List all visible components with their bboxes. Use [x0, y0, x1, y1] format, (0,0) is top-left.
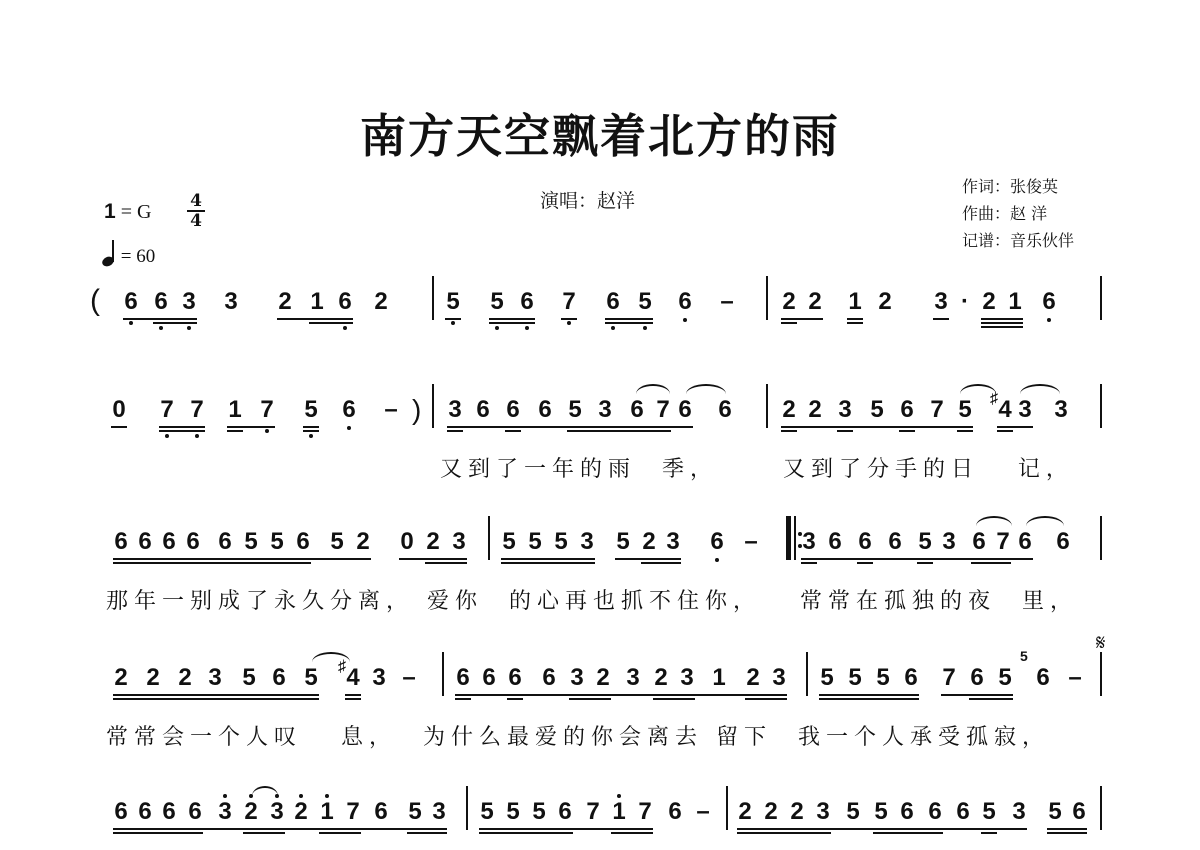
- segno-sign: 𝄋: [1096, 630, 1105, 656]
- note: 2: [276, 290, 294, 314]
- note: 6: [604, 290, 622, 314]
- beam-line: [857, 562, 873, 564]
- note: 5: [844, 800, 862, 824]
- slur-arc: [976, 516, 1012, 526]
- lyrics-line: 又到了一年的雨 季， 又到了分手的日 记，: [440, 452, 1074, 483]
- note: 3: [770, 666, 788, 690]
- note: 3: [836, 398, 854, 422]
- upper-octave-dot: [223, 794, 227, 798]
- beam-line: [981, 326, 1023, 328]
- note: 7: [158, 398, 176, 422]
- tempo-value: = 60: [121, 246, 155, 267]
- note: 1: [308, 290, 326, 314]
- beam-line: [847, 318, 863, 320]
- note: 3: [446, 398, 464, 422]
- bar-line: [1100, 786, 1102, 830]
- note: 5: [478, 800, 496, 824]
- note: 2: [144, 666, 162, 690]
- note: 2: [980, 290, 998, 314]
- lower-octave-dot: [343, 326, 347, 330]
- repeat-barline: [786, 516, 791, 560]
- note: 2: [594, 666, 612, 690]
- note: 3: [624, 666, 642, 690]
- note: 6: [504, 398, 522, 422]
- time-signature-top: 4: [186, 192, 206, 210]
- beam-line: [319, 832, 361, 834]
- note: 2: [736, 800, 754, 824]
- beam-line: [113, 832, 203, 834]
- note: 3: [678, 666, 696, 690]
- note: 7: [928, 398, 946, 422]
- bar-line: [442, 652, 444, 696]
- slur-arc: [312, 652, 350, 662]
- note: 6: [926, 800, 944, 824]
- dotted-note-dot: ·: [956, 290, 974, 314]
- note: 5: [636, 290, 654, 314]
- beam-line: [159, 430, 205, 432]
- note: 3: [940, 530, 958, 554]
- slur-arc: [1026, 516, 1064, 526]
- note: 2: [242, 800, 260, 824]
- note: 5: [874, 666, 892, 690]
- lower-octave-dot: [683, 318, 687, 322]
- note: 6: [480, 666, 498, 690]
- note: 6: [454, 666, 472, 690]
- bar-line: [726, 786, 728, 830]
- note: 3: [664, 530, 682, 554]
- note: 6: [152, 290, 170, 314]
- beam-line: [455, 694, 787, 696]
- key-degree: 1: [104, 200, 116, 223]
- note: 7: [654, 398, 672, 422]
- note: 6: [666, 800, 684, 824]
- note: 6: [676, 290, 694, 314]
- note: 3: [578, 530, 596, 554]
- beam-line: [981, 318, 1023, 320]
- beam-line: [227, 430, 243, 432]
- beam-line: [489, 318, 535, 320]
- beam-line: [501, 558, 595, 560]
- note: 2: [652, 666, 670, 690]
- note: 3: [814, 800, 832, 824]
- time-signature: 4 4: [186, 192, 206, 230]
- beam-line: [505, 430, 521, 432]
- open-parenthesis: (: [90, 284, 100, 318]
- key-value: = G: [116, 201, 152, 223]
- lower-octave-dot: [195, 434, 199, 438]
- lower-octave-dot: [495, 326, 499, 330]
- beam-line: [847, 322, 863, 324]
- note: 3: [370, 666, 388, 690]
- beam-line: [745, 698, 787, 700]
- note: 3: [430, 800, 448, 824]
- bar-line: [1100, 276, 1102, 320]
- note: 3: [568, 666, 586, 690]
- note: 6: [160, 800, 178, 824]
- note: 6: [1040, 290, 1058, 314]
- beam-line: [737, 828, 1027, 830]
- repeat-barline-thin: [794, 516, 796, 560]
- beam-line: [501, 562, 595, 564]
- upper-octave-dot: [299, 794, 303, 798]
- note: 2: [806, 290, 824, 314]
- note: 6: [970, 530, 988, 554]
- sustain-dash: –: [718, 290, 736, 314]
- slur-arc: [686, 384, 726, 394]
- lower-octave-dot: [451, 321, 455, 325]
- note: 7: [584, 800, 602, 824]
- time-signature-bottom: 4: [186, 212, 206, 230]
- beam-line: [227, 426, 275, 428]
- note: 2: [780, 290, 798, 314]
- lower-octave-dot: [347, 426, 351, 430]
- note: 5: [614, 530, 632, 554]
- grace-note: 5: [1020, 648, 1028, 664]
- beam-line: [899, 430, 915, 432]
- beam-line: [111, 426, 127, 428]
- key-signature: 1 = G: [104, 200, 151, 224]
- beam-line: [113, 558, 371, 560]
- sustain-dash: –: [1066, 666, 1084, 690]
- beam-line: [113, 694, 319, 696]
- beam-line: [997, 426, 1033, 428]
- beam-line: [781, 430, 797, 432]
- note: 6: [160, 530, 178, 554]
- note: 5: [1046, 800, 1064, 824]
- note: 5: [526, 530, 544, 554]
- note: 5: [504, 800, 522, 824]
- note: 1: [610, 800, 628, 824]
- tempo-marking: = 60: [102, 242, 155, 268]
- note: 1: [846, 290, 864, 314]
- upper-octave-dot: [325, 794, 329, 798]
- note: 2: [372, 290, 390, 314]
- bar-line: [766, 384, 768, 428]
- note: 7: [994, 530, 1012, 554]
- beam-line: [605, 318, 653, 320]
- note: 6: [898, 398, 916, 422]
- note: 2: [354, 530, 372, 554]
- beam-line: [971, 562, 1011, 564]
- beam-line: [801, 558, 1033, 560]
- beam-line: [447, 426, 693, 428]
- note: 2: [176, 666, 194, 690]
- beam-line: [455, 698, 471, 700]
- sustain-dash: –: [742, 530, 760, 554]
- note: 3: [216, 800, 234, 824]
- lyrics-line: 常常会一个人叹 息， 为什么最爱的你会离去 留下 我一个人承受孤寂，: [106, 720, 1050, 751]
- beam-line: [1047, 828, 1087, 830]
- beam-line: [479, 832, 573, 834]
- note: 5: [302, 666, 320, 690]
- beam-line: [303, 430, 319, 432]
- note: 6: [716, 398, 734, 422]
- slur-arc: [252, 786, 278, 796]
- note: 6: [186, 800, 204, 824]
- note: 7: [560, 290, 578, 314]
- note: 6: [898, 800, 916, 824]
- beam-line: [781, 426, 973, 428]
- lower-octave-dot: [1047, 318, 1051, 322]
- beam-line: [113, 828, 447, 830]
- note: 2: [762, 800, 780, 824]
- note: 5: [242, 530, 260, 554]
- beam-line: [123, 318, 197, 320]
- beam-line: [615, 558, 681, 560]
- note: 2: [876, 290, 894, 314]
- beam-line: [567, 430, 671, 432]
- note: 5: [268, 530, 286, 554]
- bar-line: [806, 652, 808, 696]
- note: 3: [1010, 800, 1028, 824]
- beam-line: [981, 832, 997, 834]
- song-title: 南方天空飘着北方的雨: [0, 100, 1200, 166]
- beam-line: [997, 430, 1013, 432]
- note: 5: [916, 530, 934, 554]
- lower-octave-dot: [715, 558, 719, 562]
- lower-octave-dot: [611, 326, 615, 330]
- note: 5: [302, 398, 320, 422]
- note: 6: [372, 800, 390, 824]
- note: 5: [566, 398, 584, 422]
- note: 6: [556, 800, 574, 824]
- note: 3: [268, 800, 286, 824]
- note: 6: [112, 800, 130, 824]
- lyrics-line: 那年一别成了永久分离， 爱你 的心再也抓不住你， 常常在孤独的夜 里，: [106, 584, 1078, 615]
- singer-credit: 演唱：赵洋: [540, 186, 635, 213]
- lower-octave-dot: [265, 429, 269, 433]
- slur-arc: [636, 384, 670, 394]
- note: 6: [136, 530, 154, 554]
- beam-line: [561, 318, 577, 320]
- note: 2: [788, 800, 806, 824]
- beam-line: [605, 322, 653, 324]
- note: 5: [818, 666, 836, 690]
- note: 6: [1034, 666, 1052, 690]
- quarter-note-icon: [102, 242, 116, 268]
- repeat-dot: [798, 532, 802, 536]
- note: 2: [112, 666, 130, 690]
- note: 6: [826, 530, 844, 554]
- note: 6: [1054, 530, 1072, 554]
- note: 2: [424, 530, 442, 554]
- note: 6: [136, 800, 154, 824]
- note: 6: [540, 666, 558, 690]
- note: 7: [344, 800, 362, 824]
- note: 5: [488, 290, 506, 314]
- note: 6: [886, 530, 904, 554]
- beam-line: [445, 318, 461, 320]
- beam-line: [303, 426, 319, 428]
- transcriber-credit: 记谱：音乐伙伴: [962, 228, 1074, 251]
- note: 5: [500, 530, 518, 554]
- sustain-dash: –: [400, 666, 418, 690]
- note: 6: [122, 290, 140, 314]
- note: 6: [270, 666, 288, 690]
- sustain-dash: –: [382, 398, 400, 422]
- note: 5: [552, 530, 570, 554]
- note: 3: [1052, 398, 1070, 422]
- note: 7: [188, 398, 206, 422]
- beam-line: [345, 698, 361, 700]
- note: 5: [956, 398, 974, 422]
- note: 6: [968, 666, 986, 690]
- note: 6: [216, 530, 234, 554]
- lower-octave-dot: [567, 321, 571, 325]
- bar-line: [1100, 516, 1102, 560]
- upper-octave-dot: [617, 794, 621, 798]
- note: 6: [474, 398, 492, 422]
- beam-line: [1047, 832, 1087, 834]
- beam-line: [447, 430, 463, 432]
- sustain-dash: –: [694, 800, 712, 824]
- beam-line: [309, 322, 353, 324]
- note: 4: [996, 398, 1014, 422]
- bar-line: [488, 516, 490, 560]
- bar-line: [766, 276, 768, 320]
- beam-line: [653, 698, 695, 700]
- note: 3: [450, 530, 468, 554]
- note: 3: [206, 666, 224, 690]
- composer-credit: 作曲：赵 洋: [962, 201, 1047, 224]
- beam-line: [113, 698, 319, 700]
- beam-line: [345, 694, 361, 696]
- beam-line: [569, 698, 611, 700]
- note: 3: [180, 290, 198, 314]
- note: 2: [744, 666, 762, 690]
- note: 6: [340, 398, 358, 422]
- note: 2: [780, 398, 798, 422]
- note: 5: [872, 800, 890, 824]
- note: 2: [640, 530, 658, 554]
- note: 7: [636, 800, 654, 824]
- note: 6: [184, 530, 202, 554]
- lower-octave-dot: [159, 326, 163, 330]
- beam-line: [243, 832, 285, 834]
- lower-octave-dot: [309, 434, 313, 438]
- beam-line: [611, 832, 653, 834]
- note: 6: [294, 530, 312, 554]
- note: 6: [506, 666, 524, 690]
- note: 3: [222, 290, 240, 314]
- note: 2: [292, 800, 310, 824]
- beam-line: [957, 430, 973, 432]
- note: 3: [932, 290, 950, 314]
- note: 6: [112, 530, 130, 554]
- note: 5: [406, 800, 424, 824]
- note: 1: [318, 800, 336, 824]
- note: 6: [336, 290, 354, 314]
- note: 7: [258, 398, 276, 422]
- beam-line: [837, 430, 853, 432]
- note: 5: [868, 398, 886, 422]
- beam-line: [159, 426, 205, 428]
- note: 0: [398, 530, 416, 554]
- beam-line: [969, 698, 1013, 700]
- lower-octave-dot: [129, 321, 133, 325]
- note: 5: [530, 800, 548, 824]
- beam-line: [873, 832, 943, 834]
- note: 2: [806, 398, 824, 422]
- beam-line: [737, 832, 831, 834]
- note: 3: [800, 530, 818, 554]
- note: 6: [628, 398, 646, 422]
- note: 6: [536, 398, 554, 422]
- beam-line: [819, 698, 919, 700]
- beam-line: [981, 322, 1023, 324]
- beam-line: [479, 828, 653, 830]
- bar-line: [432, 384, 434, 428]
- lower-octave-dot: [165, 434, 169, 438]
- note: 1: [226, 398, 244, 422]
- close-parenthesis: ): [412, 394, 421, 426]
- beam-line: [941, 694, 1013, 696]
- note: 1: [1006, 290, 1024, 314]
- beam-line: [507, 698, 523, 700]
- note: 6: [1016, 530, 1034, 554]
- note: 7: [940, 666, 958, 690]
- note: 1: [710, 666, 728, 690]
- bar-line: [432, 276, 434, 320]
- note: 4: [344, 666, 362, 690]
- repeat-dot: [798, 544, 802, 548]
- note: 0: [110, 398, 128, 422]
- bar-line: [1100, 652, 1102, 696]
- beam-line: [801, 562, 817, 564]
- note: 6: [1070, 800, 1088, 824]
- beam-line: [153, 322, 197, 324]
- beam-line: [113, 562, 311, 564]
- beam-line: [425, 562, 467, 564]
- note: 6: [856, 530, 874, 554]
- note: 5: [980, 800, 998, 824]
- note: 6: [708, 530, 726, 554]
- note: 3: [1016, 398, 1034, 422]
- bar-line: [466, 786, 468, 830]
- beam-line: [489, 322, 535, 324]
- lower-octave-dot: [643, 326, 647, 330]
- slur-arc: [960, 384, 996, 394]
- note: 6: [518, 290, 536, 314]
- bar-line: [1100, 384, 1102, 428]
- beam-line: [933, 318, 949, 320]
- beam-line: [819, 694, 919, 696]
- beam-line: [407, 832, 447, 834]
- beam-line: [781, 318, 823, 320]
- lower-octave-dot: [525, 326, 529, 330]
- beam-line: [917, 562, 933, 564]
- note: 5: [328, 530, 346, 554]
- note: 5: [240, 666, 258, 690]
- note: 6: [902, 666, 920, 690]
- note: 3: [596, 398, 614, 422]
- note: 6: [676, 398, 694, 422]
- note: 5: [444, 290, 462, 314]
- lower-octave-dot: [187, 326, 191, 330]
- beam-line: [399, 558, 467, 560]
- note: 5: [846, 666, 864, 690]
- slur-arc: [1020, 384, 1060, 394]
- lyricist-credit: 作词：张俊英: [962, 174, 1058, 197]
- beam-line: [781, 322, 797, 324]
- beam-line: [641, 562, 681, 564]
- note: 5: [996, 666, 1014, 690]
- beam-line: [277, 318, 353, 320]
- note: 6: [954, 800, 972, 824]
